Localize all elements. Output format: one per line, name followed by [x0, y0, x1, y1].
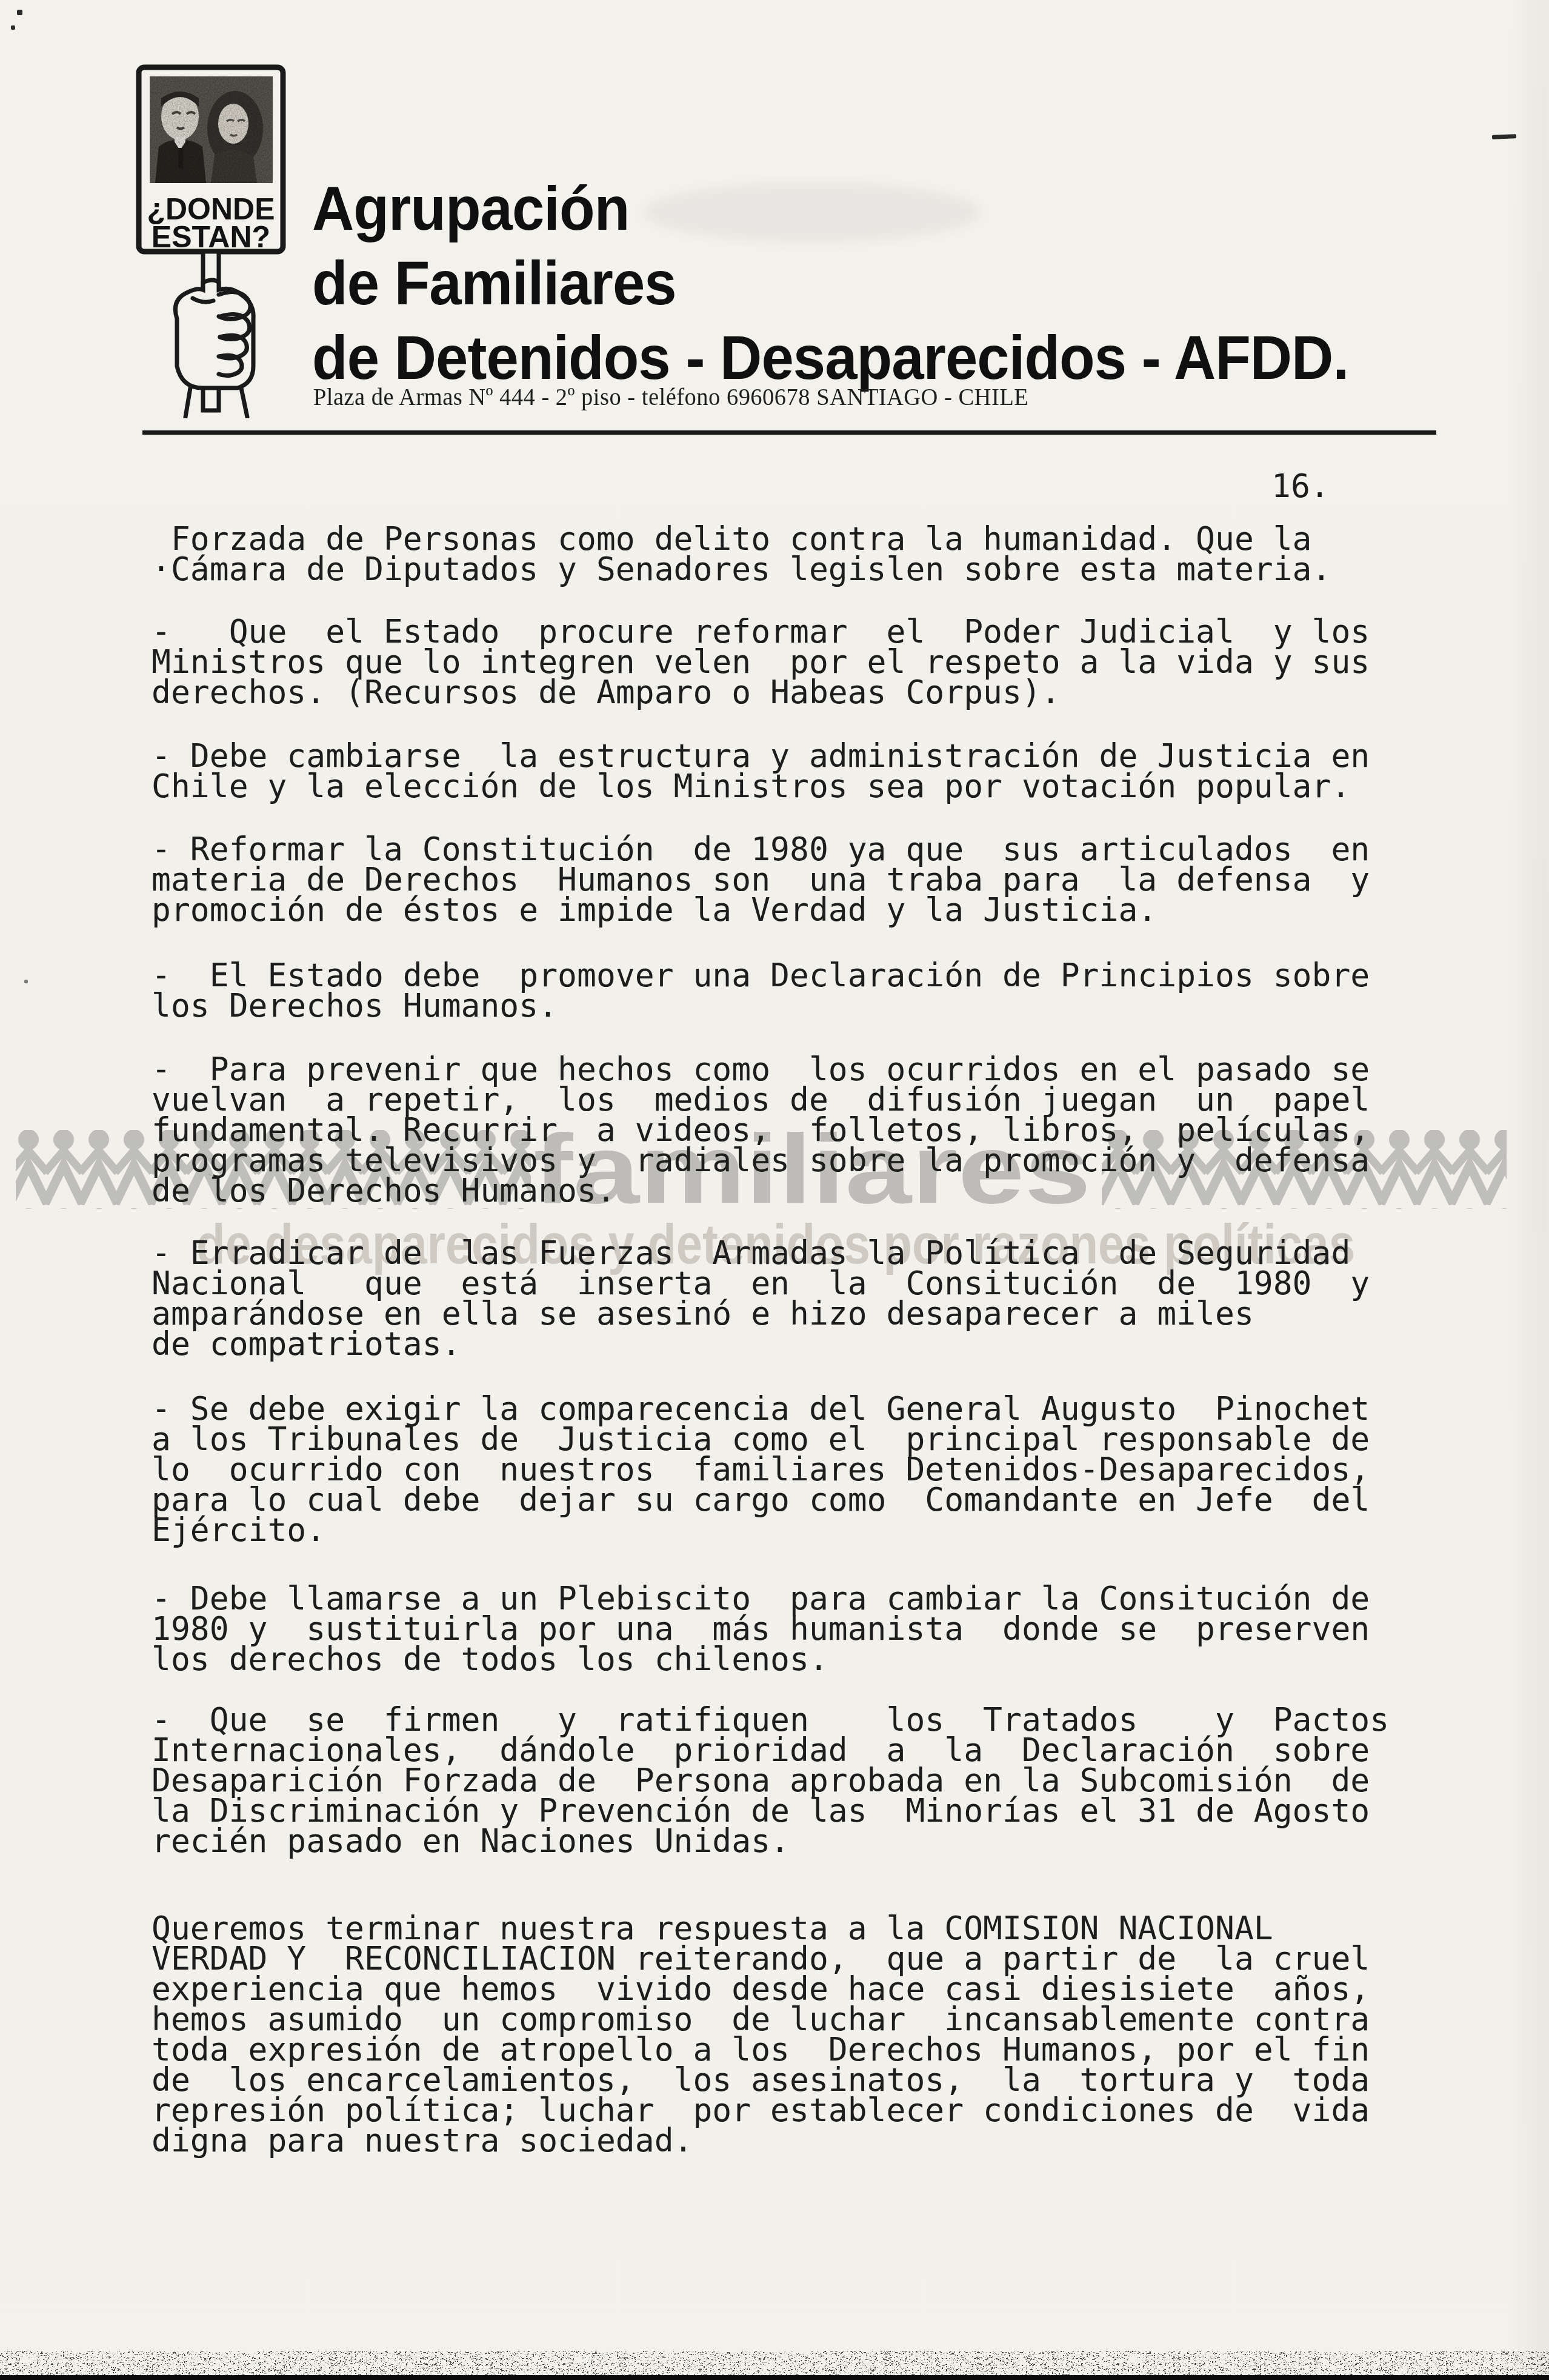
body-paragraph: Queremos terminar nuestra respuesta a la…: [152, 1914, 1370, 2156]
body-paragraph: - Debe llamarse a un Plebiscito para cam…: [152, 1584, 1370, 1675]
body-paragraph: - Erradicar de las Fuerzas Armadas la Po…: [152, 1238, 1370, 1360]
body-paragraph: - Se debe exigir la comparecencia del Ge…: [152, 1394, 1370, 1546]
body-paragraph: - Que se firmen y ratifiquen los Tratado…: [152, 1705, 1389, 1857]
header-divider: [142, 430, 1436, 435]
page-number: 16.: [1271, 468, 1330, 505]
body-paragraph: - Debe cambiarse la estructura y adminis…: [152, 741, 1370, 802]
sign-text-line2: ESTAN?: [152, 220, 270, 254]
scan-speck: [17, 10, 22, 15]
scan-speck: [11, 25, 15, 30]
body-paragraph: Forzada de Personas como delito contra l…: [152, 524, 1331, 585]
scan-smudge: [642, 182, 982, 242]
org-name-line: de Familiares: [312, 248, 676, 319]
org-name-line: Agrupación: [312, 173, 629, 244]
scan-speck: [24, 980, 28, 983]
disappeared-couple-photo: [150, 76, 273, 183]
body-paragraph: - Para prevenir que hechos como los ocur…: [152, 1055, 1370, 1206]
body-paragraph: - Reformar la Constitución de 1980 ya qu…: [152, 835, 1370, 926]
address-line: Plaza de Armas Nº 444 - 2º piso - teléfo…: [313, 382, 1028, 411]
scan-streak: [1507, 0, 1549, 2380]
scanned-document-page: ¿DONDE ESTAN? Agrupación de Familiares d…: [0, 0, 1549, 2380]
afdd-logo: ¿DONDE ESTAN?: [135, 64, 291, 418]
donde-estan-placard-icon: ¿DONDE ESTAN?: [135, 64, 291, 418]
bottom-scan-band: [0, 2348, 1549, 2380]
body-paragraph: - Que el Estado procure reformar el Pode…: [152, 617, 1370, 708]
body-paragraph: - El Estado debe promover una Declaració…: [152, 961, 1370, 1021]
